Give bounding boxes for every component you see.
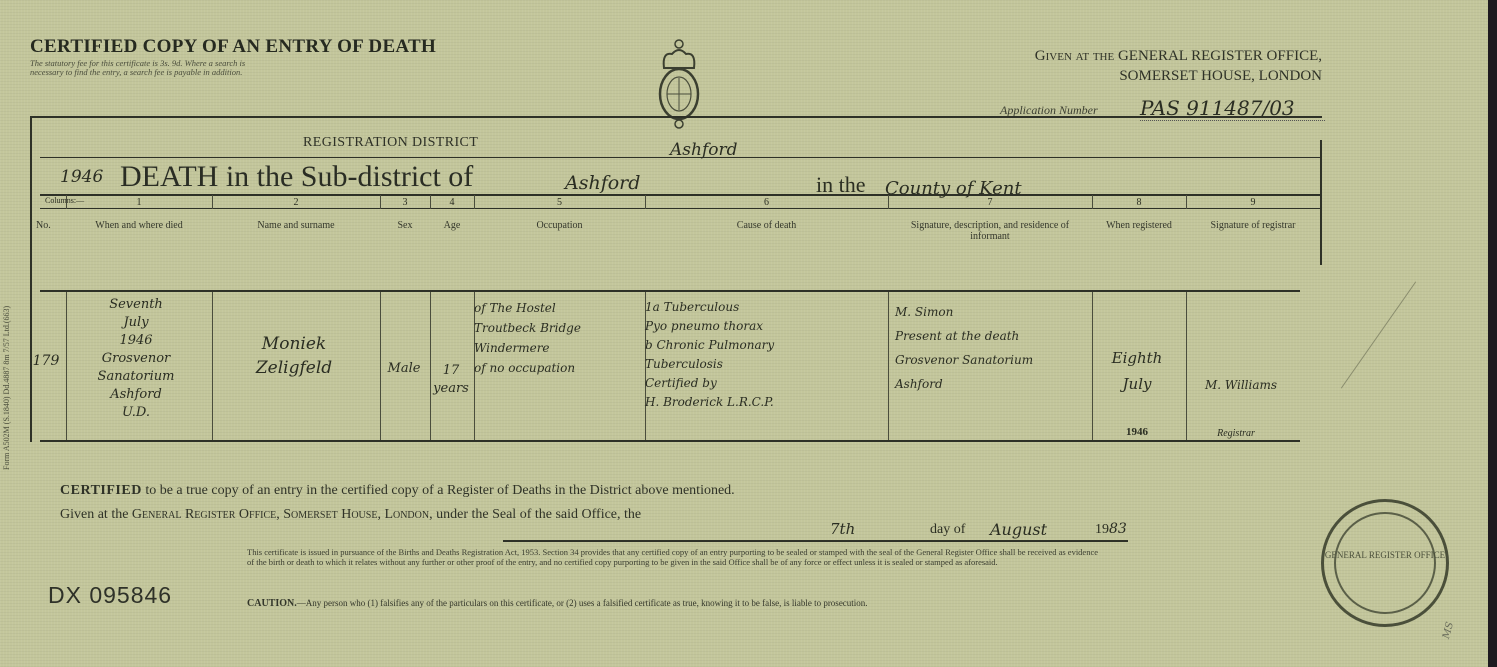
- column-number-divider: [645, 195, 646, 209]
- clerk-initials: MS: [1441, 621, 1456, 640]
- entry-line: Present at the death: [895, 324, 1095, 348]
- entry-line: Tuberculosis: [645, 355, 885, 374]
- column-number: 7: [888, 197, 1092, 208]
- entry-line: U.D.: [66, 404, 206, 422]
- column-number-divider: [430, 195, 431, 209]
- column-header: Sex: [384, 220, 426, 231]
- caution-text: —Any person who (1) falsifies any of the…: [297, 598, 868, 608]
- entry-line: July: [1092, 371, 1182, 397]
- entry-line: Pyo pneumo thorax: [645, 317, 885, 336]
- entry-line: Troutbeck Bridge: [474, 318, 640, 338]
- legal-small-print: This certificate is issued in pursuance …: [247, 547, 1107, 567]
- fee-note: The statutory fee for this certificate i…: [30, 59, 260, 77]
- caution-lead: CAUTION.: [247, 598, 297, 609]
- certified-text: to be a true copy of an entry in the cer…: [142, 483, 735, 498]
- entry-line: Sanatorium: [66, 368, 206, 386]
- entry-line: 17: [430, 362, 472, 380]
- column-divider: [888, 292, 889, 440]
- column-number: 3: [380, 197, 430, 208]
- entry-line: years: [430, 380, 472, 398]
- column-header: Signature, description, and residence of…: [892, 220, 1088, 242]
- day-of-label: day of: [930, 522, 965, 538]
- given-line-2: SOMERSET HOUSE, LONDON: [930, 66, 1322, 86]
- column-header: No.: [36, 220, 62, 231]
- under-seal-text: under the Seal of the said Office, the: [433, 507, 642, 522]
- death-heading: DEATH in the Sub-district of: [120, 160, 473, 194]
- entry-line: Windermere: [474, 338, 640, 358]
- column-number-divider: [1186, 195, 1187, 209]
- entry-line: Grosvenor: [66, 350, 206, 368]
- entry-line: M. Simon: [895, 300, 1095, 324]
- death-certificate: CERTIFIED COPY OF AN ENTRY OF DEATH The …: [0, 0, 1488, 667]
- column-number: 8: [1092, 197, 1186, 208]
- entry-number: 179: [28, 352, 64, 370]
- entry-when-registered: EighthJuly: [1092, 345, 1182, 397]
- column-divider: [1186, 292, 1187, 440]
- column-number-divider: [212, 195, 213, 209]
- column-number: 5: [474, 197, 645, 208]
- office-name: General Register Office, Somerset House,…: [132, 507, 433, 522]
- entry-line: of The Hostel: [474, 298, 640, 318]
- certificate-title: CERTIFIED COPY OF AN ENTRY OF DEATH: [30, 36, 436, 58]
- entry-line: Ashford: [66, 386, 206, 404]
- registration-district-label: REGISTRATION DISTRICT: [303, 135, 478, 151]
- column-header: Cause of death: [649, 220, 884, 231]
- entry-line: Moniek: [212, 332, 376, 356]
- in-the-label: in the: [816, 172, 866, 198]
- entry-line: 1a Tuberculous: [645, 298, 885, 317]
- column-header: When and where died: [70, 220, 208, 231]
- entry-when-where: SeventhJuly1946GrosvenorSanatoriumAshfor…: [66, 296, 206, 422]
- column-header: Name and surname: [216, 220, 376, 231]
- general-register-office-seal-icon: GENERAL REGISTER OFFICE: [1321, 499, 1449, 627]
- column-number: 2: [212, 197, 380, 208]
- form-margin-text: Form A502M (S.1840) Dd.4887 8m 7/57 Ltd.…: [2, 306, 11, 470]
- year-prefix: 19: [1095, 522, 1109, 537]
- column-header: Occupation: [478, 220, 641, 231]
- caution-notice: CAUTION.—Any person who (1) falsifies an…: [247, 598, 1117, 609]
- certified-lead: CERTIFIED: [60, 483, 142, 498]
- column-number-divider: [888, 195, 889, 209]
- entry-registrar-signature: M. Williams: [1186, 376, 1296, 394]
- entry-line: Seventh: [66, 296, 206, 314]
- column-header: Signature of registrar: [1190, 220, 1316, 231]
- serial-number: DX 095846: [48, 582, 172, 609]
- entry-line: 1946: [66, 332, 206, 350]
- entry-line: Certified by: [645, 374, 885, 393]
- year-suffix: 83: [1109, 521, 1127, 537]
- column-header: Age: [434, 220, 470, 231]
- entry-sex: Male: [380, 360, 428, 378]
- entry-line: Eighth: [1092, 345, 1182, 371]
- entry-line: of no occupation: [474, 358, 640, 378]
- issuing-office: Given at the GENERAL REGISTER OFFICE, SO…: [930, 46, 1322, 86]
- column-number-divider: [1092, 195, 1093, 209]
- column-number: 6: [645, 197, 888, 208]
- certification-day: 7th: [830, 520, 855, 538]
- column-header: When registered: [1096, 220, 1182, 231]
- entry-name: MoniekZeligfeld: [212, 332, 376, 380]
- certification-month: August: [990, 520, 1047, 539]
- fold-crease: [1341, 281, 1416, 388]
- given-line-1: Given at the GENERAL REGISTER OFFICE,: [930, 46, 1322, 66]
- certification-line-1: CERTIFIED to be a true copy of an entry …: [60, 483, 735, 499]
- column-number-divider: [380, 195, 381, 209]
- entry-line: H. Broderick L.R.C.P.: [645, 393, 885, 412]
- column-number-divider: [474, 195, 475, 209]
- entry-line: Zeligfeld: [212, 356, 376, 380]
- seal-text: GENERAL REGISTER OFFICE: [1324, 550, 1446, 560]
- given-at-text: Given at the: [60, 507, 132, 522]
- entry-cause-of-death: 1a TuberculousPyo pneumo thoraxb Chronic…: [645, 298, 885, 412]
- entry-line: Ashford: [895, 372, 1095, 396]
- column-number: 9: [1186, 197, 1320, 208]
- column-number: 1: [66, 197, 212, 208]
- entry-year: 1946: [60, 167, 103, 187]
- entry-informant: M. SimonPresent at the deathGrosvenor Sa…: [895, 300, 1095, 396]
- registrar-label: Registrar: [1186, 425, 1286, 443]
- county-value: County of Kent: [885, 178, 1022, 199]
- entry-line: b Chronic Pulmonary: [645, 336, 885, 355]
- column-number: 4: [430, 197, 474, 208]
- certification-rule: [503, 540, 1128, 542]
- certification-year: 1983: [1095, 521, 1127, 538]
- entry-line: Grosvenor Sanatorium: [895, 348, 1095, 372]
- entry-registered-year: 1946: [1092, 423, 1182, 441]
- entry-occupation: of The HostelTroutbeck BridgeWindermereo…: [474, 298, 640, 378]
- entry-age: 17years: [430, 362, 472, 398]
- certification-line-2: Given at the General Register Office, So…: [60, 507, 641, 523]
- sub-district-value: Ashford: [565, 172, 640, 194]
- column-number-divider: [66, 195, 67, 209]
- entry-line: July: [66, 314, 206, 332]
- registration-district-value: Ashford: [670, 140, 738, 160]
